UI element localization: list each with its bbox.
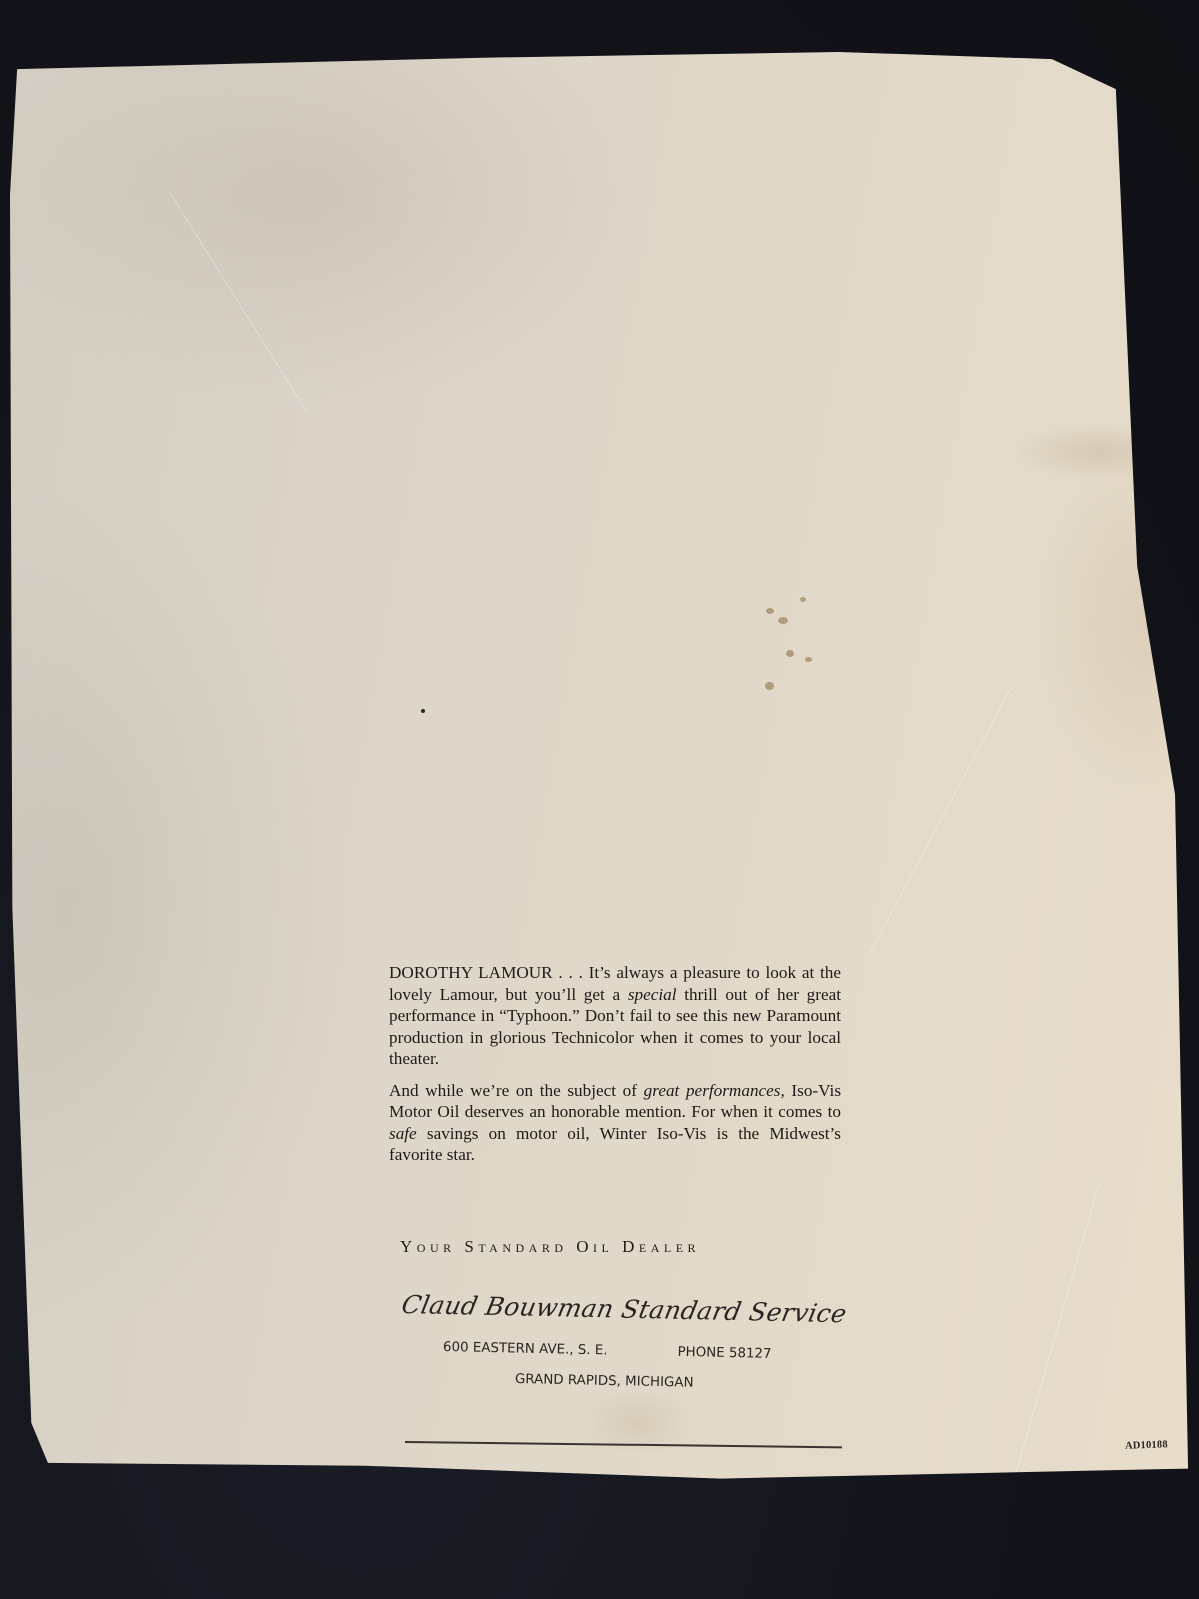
stain-spot — [766, 608, 774, 614]
stain-spot — [805, 657, 812, 662]
ink-dot — [421, 709, 425, 713]
ad-paragraph-iso-vis: And while we’re on the subject of great … — [389, 1080, 841, 1166]
crease-mark — [870, 687, 1012, 952]
stain-spot — [765, 682, 774, 690]
stain-spot — [786, 650, 794, 657]
ad-copy: DOROTHY LAMOUR . . . It’s always a pleas… — [389, 962, 841, 1176]
headline-name: DOROTHY LAMOUR . . . — [389, 963, 589, 982]
dealer-heading: Your Standard Oil Dealer — [400, 1237, 840, 1257]
ad-code: AD10188 — [1125, 1439, 1168, 1451]
ad-paragraph-lamour: DOROTHY LAMOUR . . . It’s always a pleas… — [389, 962, 841, 1070]
paper-sheet — [10, 52, 1194, 1480]
stain-spot — [800, 597, 806, 602]
phone-number: PHONE 58127 — [677, 1345, 771, 1362]
crease-mark — [169, 192, 308, 413]
crease-mark — [1011, 1182, 1100, 1490]
stain-spot — [778, 617, 788, 624]
